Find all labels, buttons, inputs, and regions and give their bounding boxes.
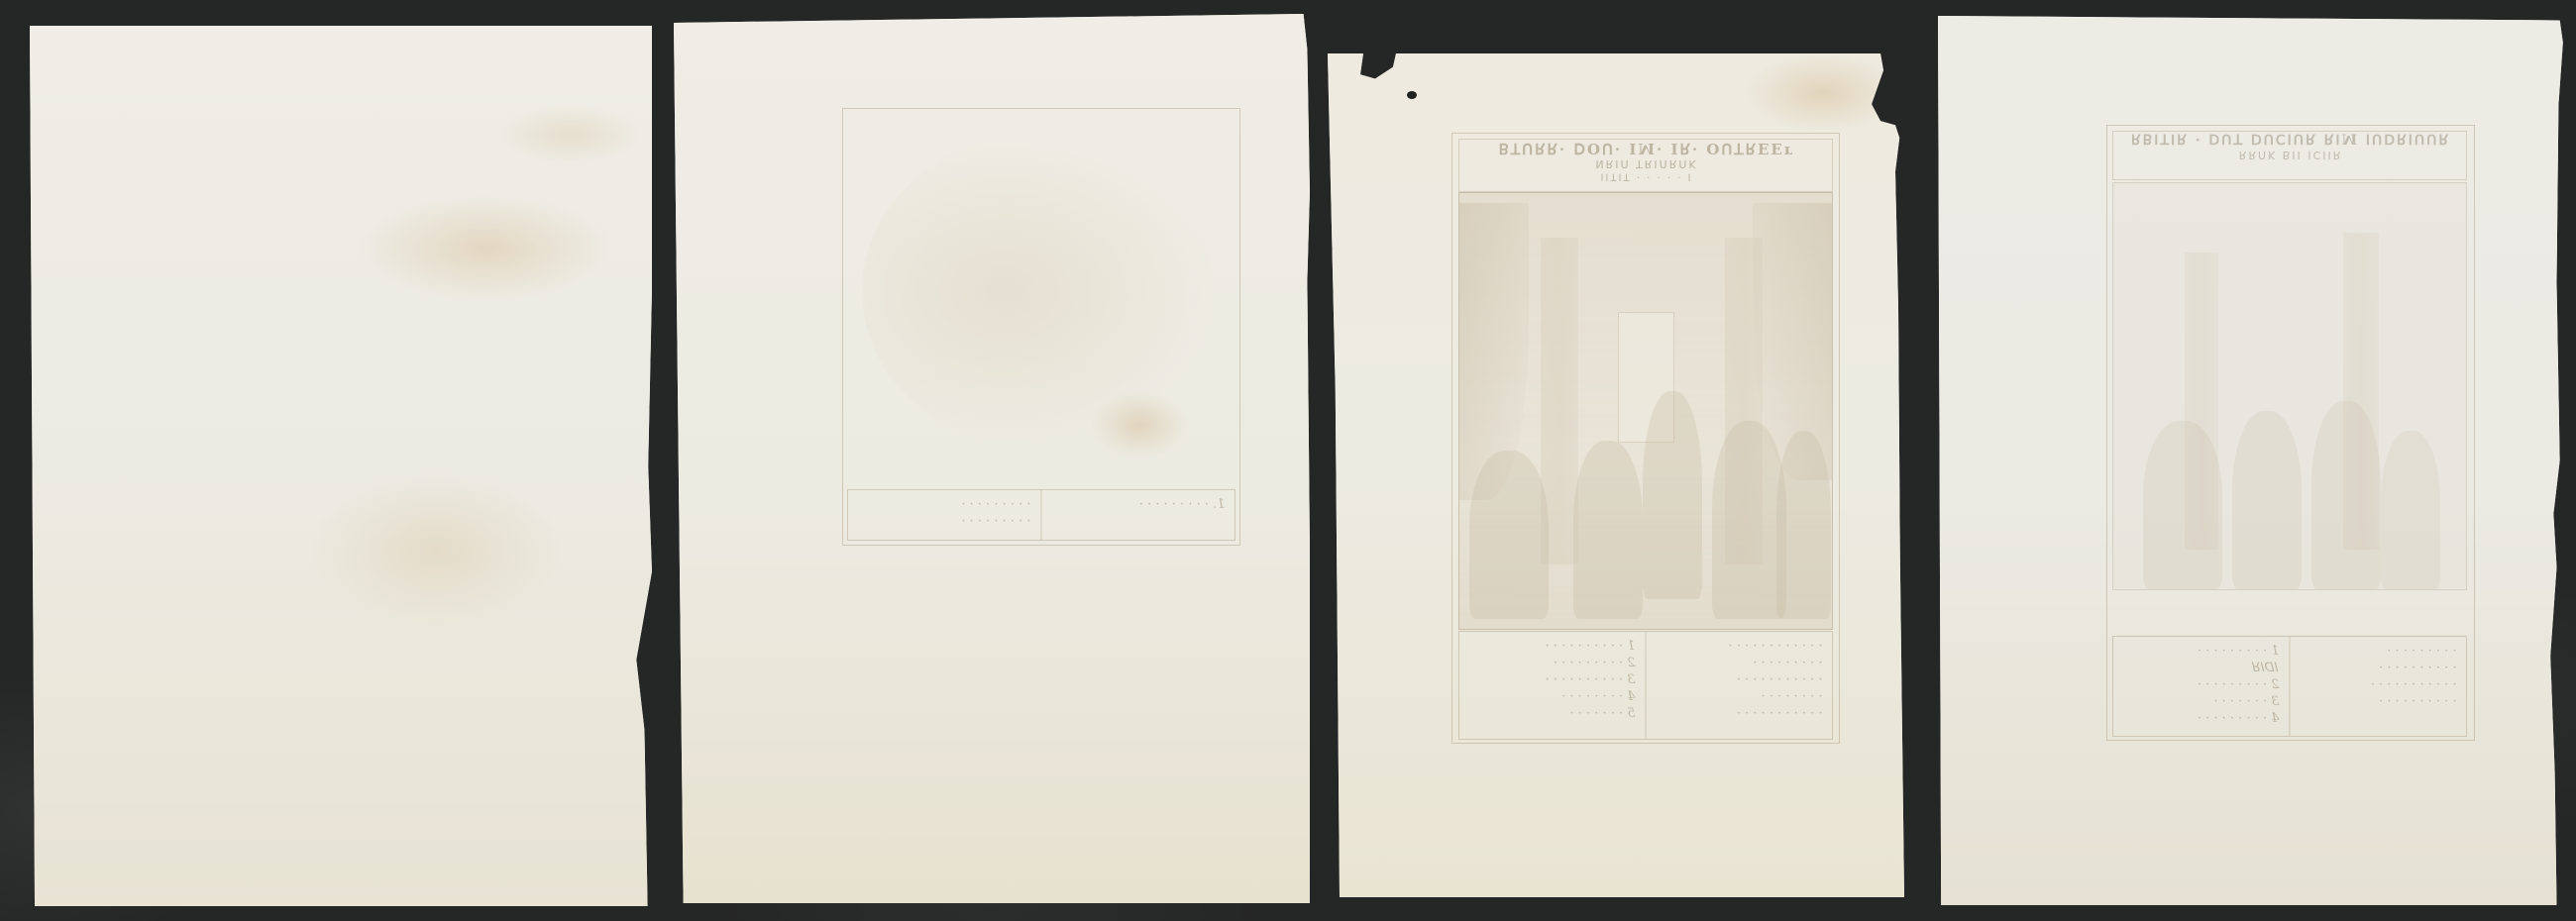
- caption-reference: ꓲ · · · · · ꓕꓲꓕꓲꓲ: [1456, 173, 1833, 184]
- figure: [1469, 451, 1549, 619]
- foxing-stain: [307, 471, 565, 630]
- caption-title: ɹƎƎꓤꓕꓵO ·ꓤI ·ꟽI ·ꓵOꓷ ·ꓤꓤꓵꓕꓭ: [1456, 141, 1833, 158]
- paper-sheet-3: ɹƎƎꓤꓕꓵO ·ꓤI ·ꟽI ·ꓵOꓷ ·ꓤꓤꓵꓕꓭ ꓘꓴꓤꓴꓲꓤꓕ ꓴꓲꓤꓠ…: [1328, 53, 1922, 897]
- legend-line: · · · · · · · · · · · ·: [1657, 638, 1823, 655]
- legend-line: · · · · · · · · ·: [1657, 655, 1823, 671]
- legend-column-left: 1 · · · · · · · · · · 2 · · · · · · · · …: [1459, 632, 1646, 739]
- legend-line: · · · · · · · · ·: [858, 513, 1031, 530]
- legend-line: ꓲꓓꓲꓤ: [2123, 660, 2280, 676]
- figure: [1643, 391, 1702, 599]
- legend-line: 5 · · · · · · ·: [1469, 705, 1636, 722]
- legend-line: 2 · · · · · · · · ·: [1469, 655, 1636, 671]
- figure: [1573, 441, 1643, 619]
- legend-line: · · · · · · · · · · ·: [1657, 705, 1823, 722]
- plate-legend: 1 · · · · · · · · · ꓲꓓꓲꓤ 2 · · · · · · ·…: [2112, 636, 2467, 737]
- legend-line: · · · · · · · · ·: [858, 496, 1031, 513]
- figure: [2143, 421, 2222, 589]
- legend-line: 1 · · · · · · · · ·: [2123, 643, 2280, 660]
- paper-hole: [1407, 91, 1417, 99]
- engraving-image: [1458, 192, 1833, 630]
- legend-line: 4 · · · · · · · ·: [1469, 688, 1636, 705]
- legend-column-right: · · · · · · · · · · · · · · · · · · · · …: [1646, 632, 1833, 739]
- paper-sheet-2: · · · · · · · · · · · · · · · · · · 1. ·…: [674, 14, 1310, 903]
- legend-column-left: · · · · · · · · · · · · · · · · · ·: [848, 490, 1041, 540]
- figure: [2232, 411, 2302, 589]
- legend-line: 3 · · · · · · · · · ·: [1469, 671, 1636, 688]
- plate-legend: 1 · · · · · · · · · · 2 · · · · · · · · …: [1458, 631, 1833, 740]
- figure: [2381, 431, 2440, 589]
- legend-line: · · · · · · · · · · ·: [2301, 676, 2457, 693]
- legend-line: 1 · · · · · · · · · ·: [1469, 638, 1636, 655]
- legend-column-right: · · · · · · · · · · · · · · · · · · · · …: [2290, 637, 2467, 736]
- legend-line: 2 · · · · · · · · ·: [2123, 676, 2280, 693]
- engraving-image: [2112, 182, 2467, 590]
- legend-line: 4 · · · · · · · · ·: [2123, 710, 2280, 727]
- legend-line: 1. · · · · · · · · ·: [1052, 496, 1226, 513]
- legend-line: · · · · · · · · · ·: [2301, 693, 2457, 710]
- caption-subtitle: ꓤꓲꓲꓛꓲ ꓲꓲꓭ ꓘꓴꓤꓤ: [2112, 150, 2465, 162]
- paper-sheet-4: ꓤꓵꓵꓲꓤꓷꓵꓲ ꟽꓲꓤ ꓤꓵꓲꓛꓵꓷ ꓕꓵꓷ · ꓤꓲꓕꓲꓭꓤ ꓤꓲꓲꓛꓲ ꓲ…: [1938, 16, 2566, 905]
- legend-column-right: 1. · · · · · · · · ·: [1041, 490, 1235, 540]
- figure: [2311, 401, 2381, 589]
- legend-column-left: 1 · · · · · · · · · ꓲꓓꓲꓤ 2 · · · · · · ·…: [2113, 637, 2290, 736]
- foxing-stain: [495, 105, 644, 164]
- legend-line: · · · · · · · · · ·: [2301, 660, 2457, 676]
- legend-line: 3 · · · · · · ·: [2123, 693, 2280, 710]
- paper-sheet-1: [30, 26, 652, 906]
- plate-legend: · · · · · · · · · · · · · · · · · · 1. ·…: [847, 489, 1235, 541]
- legend-line: · · · · · · · · · · ·: [1657, 671, 1823, 688]
- foxing-stain: [357, 194, 614, 303]
- plate-mark: [842, 108, 1240, 546]
- figure: [1712, 421, 1786, 619]
- legend-line: · · · · · · · · ·: [2301, 643, 2457, 660]
- legend-line: · · · · · · · ·: [1657, 688, 1823, 705]
- caption-title: ꓤꓵꓵꓲꓤꓷꓵꓲ ꟽꓲꓤ ꓤꓵꓲꓛꓵꓷ ꓕꓵꓷ · ꓤꓲꓕꓲꓭꓤ: [2112, 133, 2465, 149]
- caption-subtitle: ꓘꓴꓤꓴꓲꓤꓕ ꓴꓲꓤꓠ: [1456, 158, 1833, 171]
- figure: [1776, 431, 1831, 619]
